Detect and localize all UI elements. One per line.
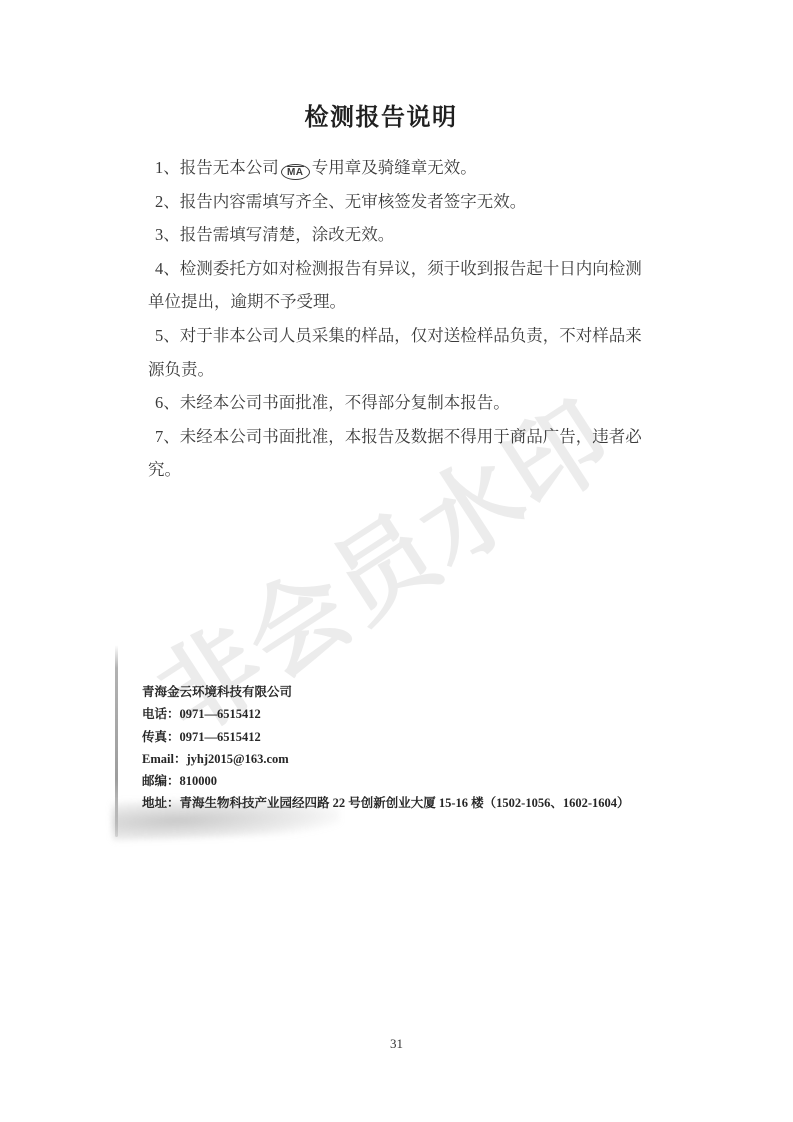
email-value: jyhj2015@163.com	[186, 752, 288, 766]
note-line-7: 7、未经本公司书面批准，本报告及数据不得用于商品广告，违者必	[148, 420, 648, 454]
postcode-label: 邮编：	[142, 774, 180, 788]
email-label: Email：	[142, 752, 186, 766]
footer-contact-block: 青海金云环境科技有限公司 电话：0971—6515412 传真：0971—651…	[142, 681, 630, 815]
note-1-text-post: 专用章及骑缝章无效。	[312, 158, 477, 177]
note-line-1: 1、报告无本公司MA专用章及骑缝章无效。	[148, 151, 648, 185]
contact-row-email: Email：jyhj2015@163.com	[142, 748, 630, 770]
note-line-3: 3、报告需填写清楚，涂改无效。	[148, 218, 648, 252]
page-title: 检测报告说明	[0, 97, 762, 132]
address-label: 地址：	[142, 796, 180, 810]
contact-row-fax: 传真：0971—6515412	[142, 726, 630, 748]
page-number: 31	[0, 1036, 793, 1052]
contact-row-phone: 电话：0971—6515412	[142, 703, 630, 725]
cma-mark-icon: MA	[281, 164, 310, 180]
phone-value: 0971—6515412	[180, 707, 261, 721]
fax-label: 传真：	[142, 730, 180, 744]
note-line-6: 6、未经本公司书面批准，不得部分复制本报告。	[148, 386, 648, 420]
note-line-2: 2、报告内容需填写齐全、无审核签发者签字无效。	[148, 185, 648, 219]
note-line-5: 5、对于非本公司人员采集的样品，仅对送检样品负责，不对样品来	[148, 319, 648, 353]
address-value: 青海生物科技产业园经四路 22 号创新创业大厦 15-16 楼（1502-105…	[180, 796, 630, 810]
cma-mark-label: MA	[287, 166, 304, 179]
contact-row-address: 地址：青海生物科技产业园经四路 22 号创新创业大厦 15-16 楼（1502-…	[142, 792, 630, 814]
fax-value: 0971—6515412	[180, 730, 261, 744]
phone-label: 电话：	[142, 707, 180, 721]
note-line-4: 4、检测委托方如对检测报告有异议，须于收到报告起十日内向检测	[148, 252, 648, 286]
report-notes: 1、报告无本公司MA专用章及骑缝章无效。 2、报告内容需填写齐全、无审核签发者签…	[148, 151, 648, 487]
contact-row-postcode: 邮编：810000	[142, 770, 630, 792]
note-1-text-pre: 1、报告无本公司	[155, 158, 279, 177]
company-name: 青海金云环境科技有限公司	[142, 681, 630, 703]
note-line-4-cont: 单位提出，逾期不予受理。	[148, 285, 648, 319]
postcode-value: 810000	[180, 774, 218, 788]
note-line-5-cont: 源负责。	[148, 353, 648, 387]
note-line-7-cont: 究。	[148, 453, 648, 487]
scanned-document-page: 检测报告说明 1、报告无本公司MA专用章及骑缝章无效。 2、报告内容需填写齐全、…	[0, 0, 793, 1122]
